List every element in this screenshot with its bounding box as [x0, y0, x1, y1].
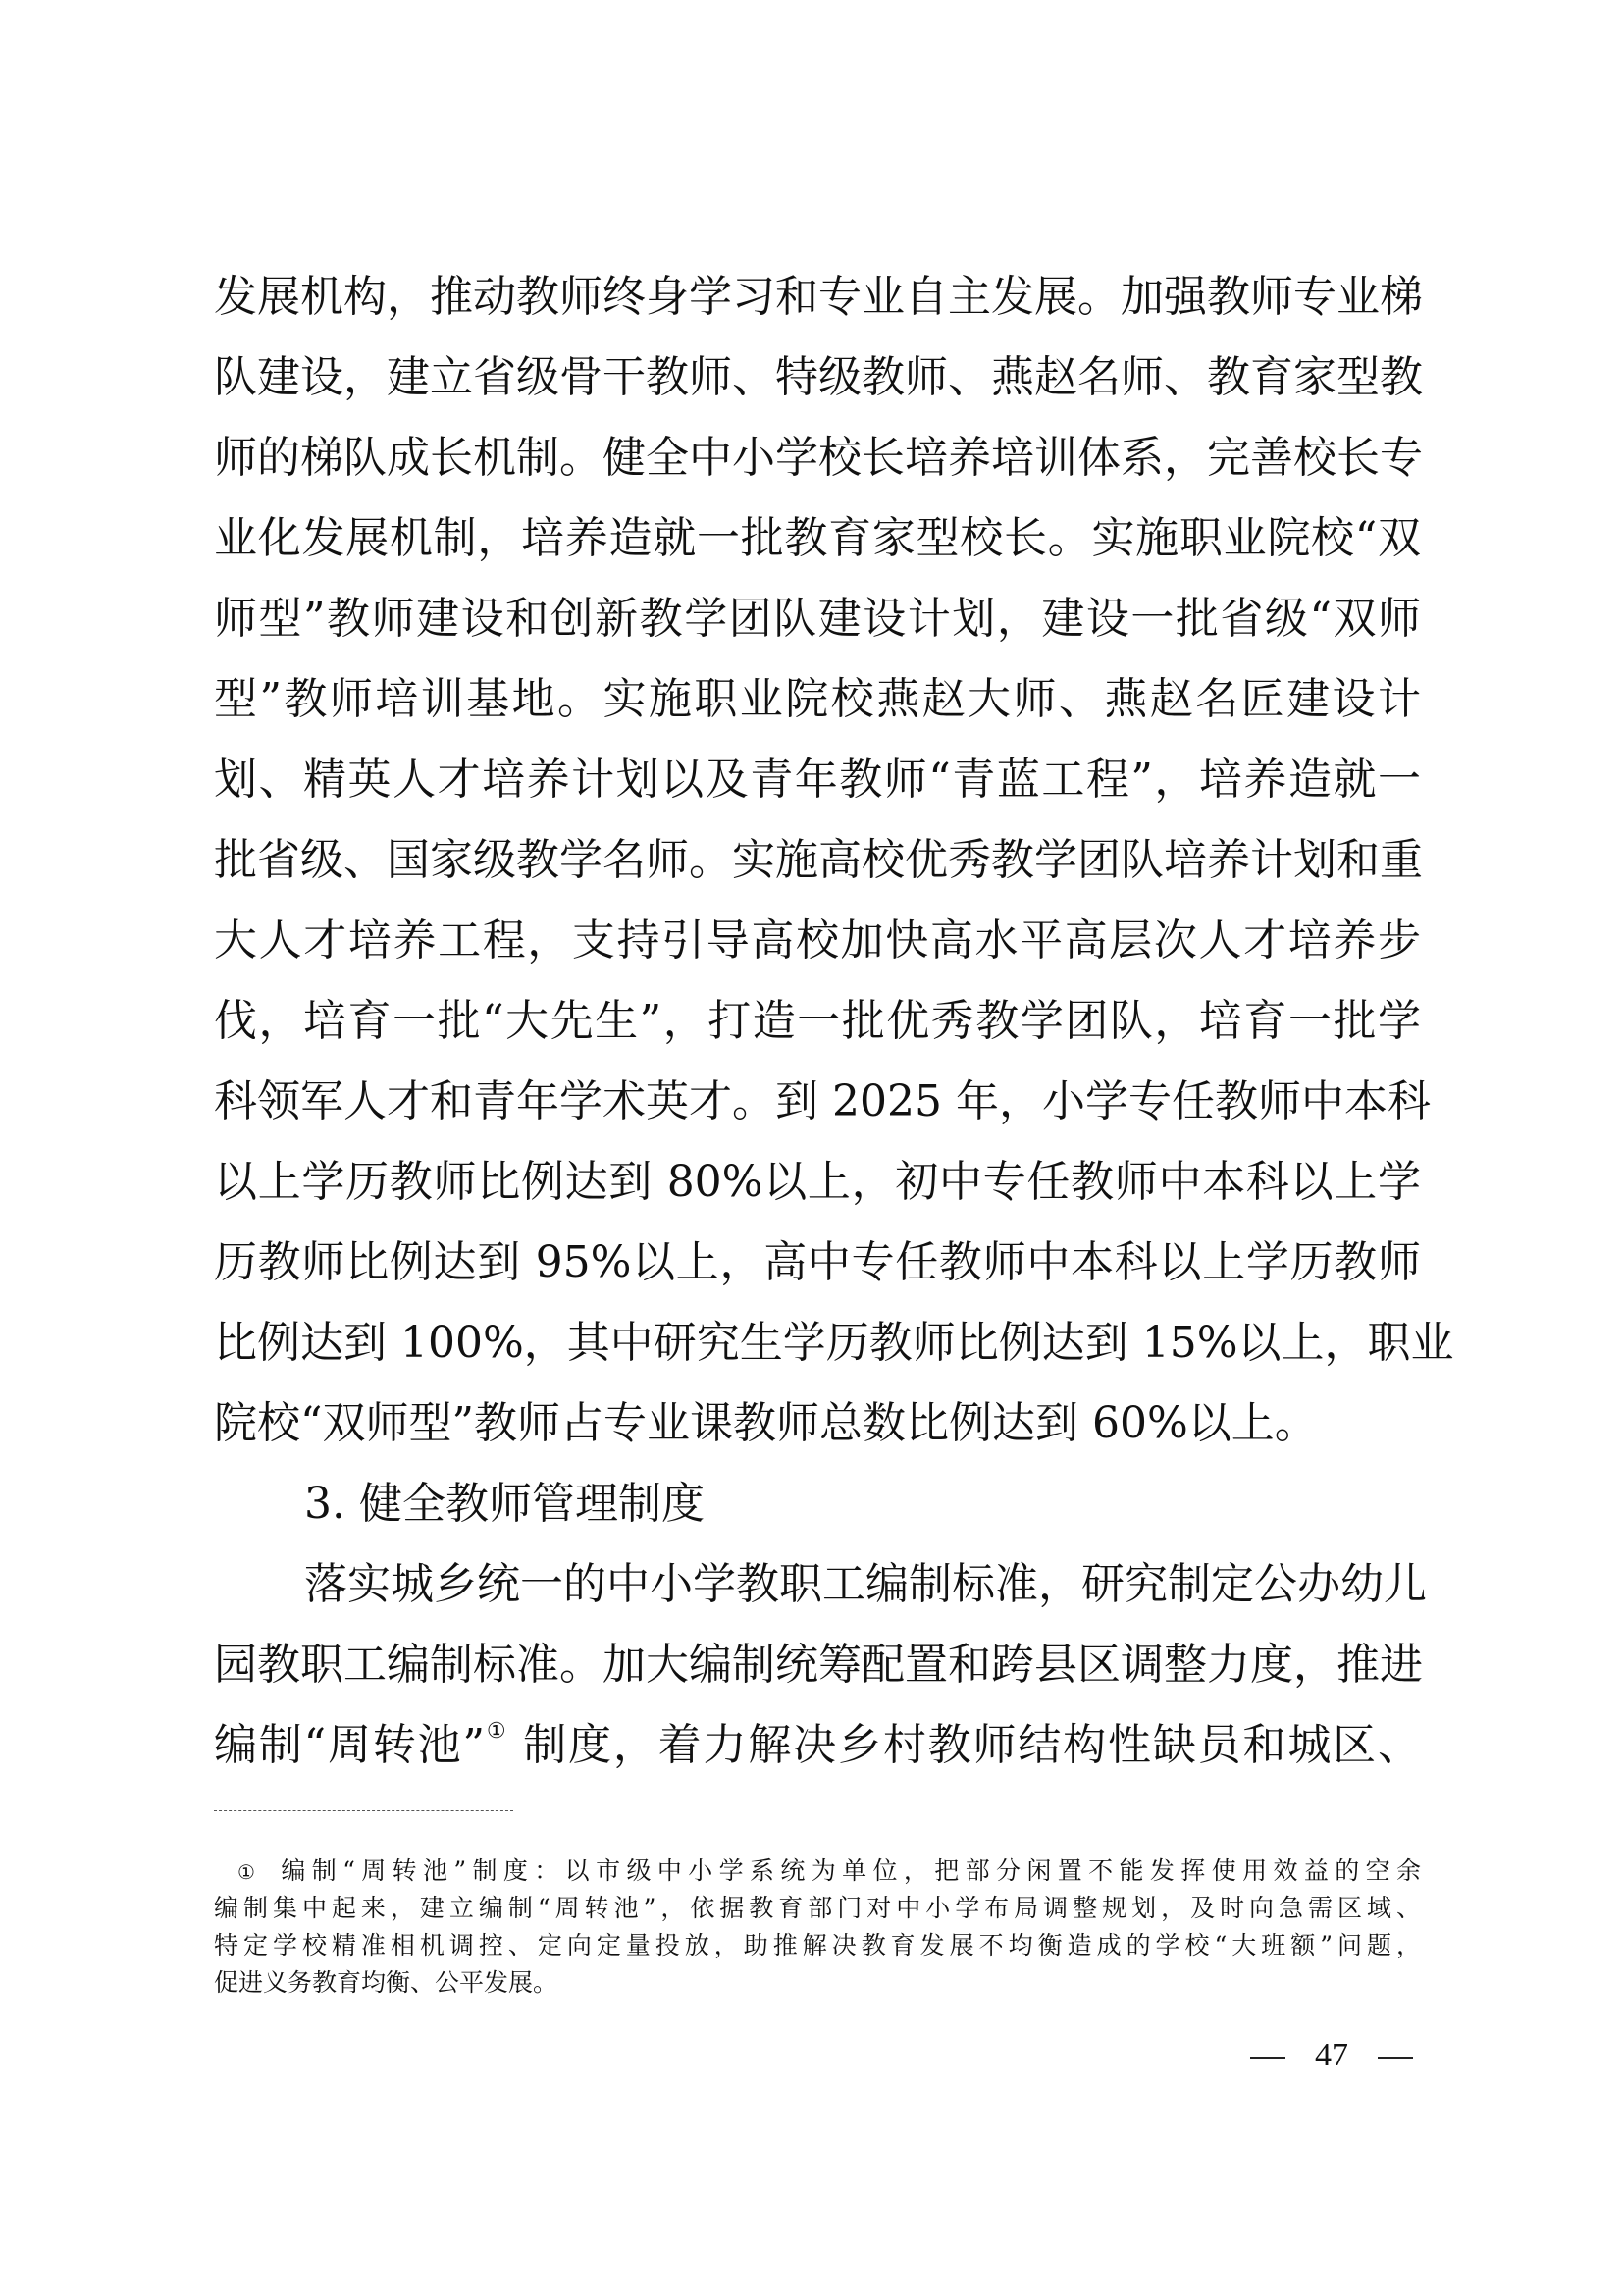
footnote-line: ①编制“周转池”制度：以市级中小学系统为单位，把部分闲置不能发挥使用效益的空余: [214, 1852, 1421, 1890]
document-page: 发展机构，推动教师终身学习和专业自主发展。加强教师专业梯 队建设，建立省级骨干教…: [0, 0, 1624, 2296]
footnote-divider: [214, 1810, 513, 1811]
dash-decoration: [1250, 2057, 1285, 2059]
body-line: 业化发展机制，培养造就一批教育家型校长。实施职业院校“双: [214, 498, 1421, 579]
body-line: 落实城乡统一的中小学教职工编制标准，研究制定公办幼儿: [214, 1544, 1421, 1625]
footnote-marker: ①: [237, 1860, 261, 1884]
footnote-line: 特定学校精准相机调控、定向定量投放，助推解决教育发展不均衡造成的学校“大班额”问…: [214, 1927, 1421, 1964]
body-line: 园教职工编制标准。加大编制统筹配置和跨县区调整力度，推进: [214, 1625, 1421, 1705]
body-line: 划、精英人才培养计划以及青年教师“青蓝工程”，培养造就一: [214, 740, 1421, 820]
body-line: 师型”教师建设和创新教学团队建设计划，建设一批省级“双师: [214, 579, 1421, 659]
section-heading: 3. 健全教师管理制度: [214, 1464, 1421, 1544]
body-line: 伐，培育一批“大先生”，打造一批优秀教学团队，培育一批学: [214, 981, 1421, 1062]
body-text-segment: 制度，着力解决乡村教师结构性缺员和城区、: [507, 1720, 1421, 1770]
body-line: 型”教师培训基地。实施职业院校燕赵大师、燕赵名匠建设计: [214, 659, 1421, 740]
body-line: 以上学历教师比例达到 80%以上，初中专任教师中本科以上学: [214, 1142, 1421, 1223]
body-line: 师的梯队成长机制。健全中小学校长培养培训体系，完善校长专: [214, 418, 1421, 498]
footnote-reference[interactable]: ①: [485, 1719, 507, 1744]
body-line: 院校“双师型”教师占专业课教师总数比例达到 60%以上。: [214, 1383, 1421, 1464]
body-line: 比例达到 100%，其中研究生学历教师比例达到 15%以上，职业: [214, 1303, 1421, 1383]
footnote-line: 促进义务教育均衡、公平发展。: [214, 1964, 1421, 2002]
body-line-with-footnote-ref: 编制“周转池”① 制度，着力解决乡村教师结构性缺员和城区、: [214, 1705, 1421, 1786]
body-line: 发展机构，推动教师终身学习和专业自主发展。加强教师专业梯: [214, 257, 1421, 338]
body-line: 队建设，建立省级骨干教师、特级教师、燕赵名师、教育家型教: [214, 338, 1421, 418]
page-number: 47: [1221, 2037, 1442, 2074]
body-text: 发展机构，推动教师终身学习和专业自主发展。加强教师专业梯 队建设，建立省级骨干教…: [214, 257, 1421, 1786]
body-line: 科领军人才和青年学术英才。到 2025 年，小学专任教师中本科: [214, 1062, 1421, 1142]
body-line: 历教师比例达到 95%以上，高中专任教师中本科以上学历教师: [214, 1223, 1421, 1303]
body-line: 批省级、国家级教学名师。实施高校优秀教学团队培养计划和重: [214, 820, 1421, 901]
page-number-value: 47: [1315, 2037, 1348, 2073]
footnote: ①编制“周转池”制度：以市级中小学系统为单位，把部分闲置不能发挥使用效益的空余 …: [214, 1852, 1421, 2002]
dash-decoration: [1378, 2057, 1413, 2059]
footnote-line: 编制集中起来，建立编制“周转池”，依据教育部门对中小学布局调整规划，及时向急需区…: [214, 1890, 1421, 1927]
body-line: 大人才培养工程，支持引导高校加快高水平高层次人才培养步: [214, 901, 1421, 981]
footnote-text: 编制“周转池”制度：以市级中小学系统为单位，把部分闲置不能发挥使用效益的空余: [281, 1856, 1421, 1885]
body-text-segment: 编制“周转池”: [214, 1720, 485, 1770]
